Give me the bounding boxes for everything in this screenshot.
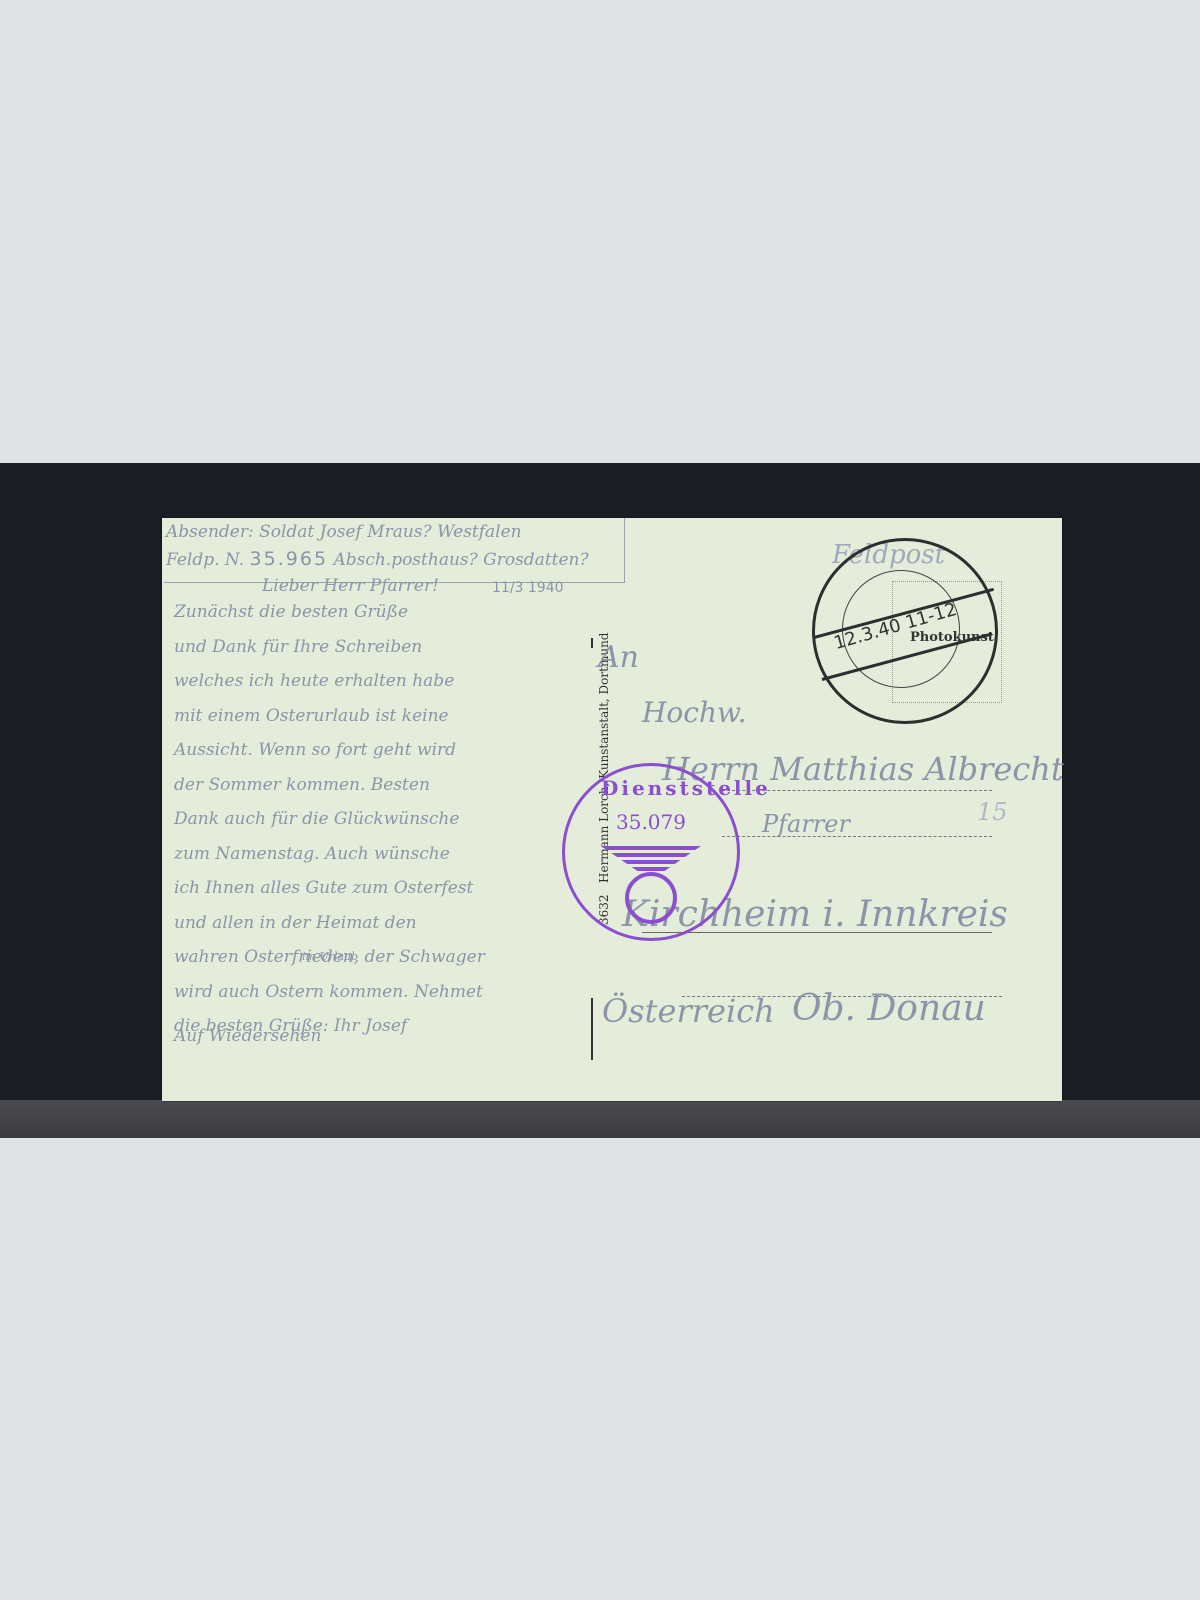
- message-line: mit einem Osterurlaub ist keine: [174, 706, 449, 726]
- message-line: der Sommer kommen. Besten: [174, 775, 430, 795]
- address-title: Hochw.: [642, 696, 747, 729]
- emblem-placeholder-icon: [625, 872, 677, 924]
- address-margin-note: 15: [977, 798, 1008, 826]
- message-line: Zunächst die besten Grüße: [174, 602, 408, 622]
- postcard: Absender: Soldat Josef Mraus? Westfalen …: [162, 518, 1062, 1101]
- sender-line-1: Absender: Soldat Josef Mraus? Westfalen: [166, 522, 522, 542]
- address-region: Ob. Donau: [792, 988, 986, 1029]
- message-line: Dank auch für die Glückwünsche: [174, 809, 459, 829]
- unit-stamp-arc-text: Dienststelle: [601, 776, 771, 800]
- sender-line-2: Feldp. N. 35.965 Absch.posthaus? Grosdat…: [166, 548, 589, 570]
- address-country: Österreich: [602, 992, 775, 1030]
- message-line: und allen in der Heimat den: [174, 913, 417, 933]
- address-rule-2: [722, 836, 992, 837]
- message-line: ich Ihnen alles Gute zum Osterfest: [174, 878, 473, 898]
- sender-unit: Absch.posthaus? Grosdatten?: [333, 550, 588, 570]
- backdrop-ledge: [0, 1100, 1200, 1138]
- unit-stamp: Dienststelle 35.079: [562, 763, 740, 941]
- address-town-underline: [642, 932, 992, 933]
- address-occupation: Pfarrer: [762, 810, 850, 838]
- message-line: wird auch Ostern kommen. Nehmet: [174, 982, 483, 1002]
- sender-fieldpost-prefix: Feldp. N.: [166, 550, 244, 570]
- message-line: welches ich heute erhalten habe: [174, 671, 454, 691]
- message-interlinear-note: im Urlaub: [302, 950, 358, 963]
- address-an: An: [598, 640, 639, 675]
- message-line: zum Namenstag. Auch wünsche: [174, 844, 450, 864]
- eagle-wings-icon: [601, 846, 701, 872]
- message-postscript: Auf Wiedersehen: [174, 1026, 321, 1046]
- message-line: und Dank für Ihre Schreiben: [174, 637, 422, 657]
- message-line: Aussicht. Wenn so fort geht wird: [174, 740, 456, 760]
- message-salutation: Lieber Herr Pfarrer!: [262, 576, 439, 596]
- unit-stamp-number: 35.079: [565, 810, 737, 834]
- message-date: 11/3 1940: [492, 580, 564, 596]
- sender-fieldpost-number: 35.965: [250, 548, 328, 570]
